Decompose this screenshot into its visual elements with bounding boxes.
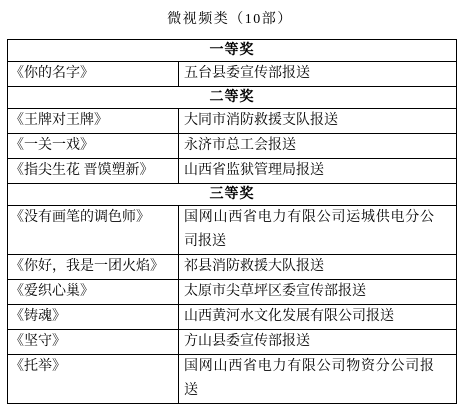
submitter-cell: 山西省监狱管理局报送 (179, 159, 457, 184)
tier-header-row: 二等奖 (8, 87, 457, 109)
work-title-cell: 《一关一戏》 (8, 134, 179, 159)
work-title-cell: 《你的名字》 (8, 62, 179, 87)
awards-table: 一等奖 《你的名字》 五台县委宣传部报送 二等奖 《王牌对王牌》 大同市消防救援… (7, 39, 457, 404)
submitter-cell: 方山县委宣传部报送 (179, 330, 457, 355)
table-row: 《爱织心巢》 太原市尖草坪区委宣传部报送 (8, 280, 457, 305)
table-row: 《你好，我是一团火焰》 祁县消防救援大队报送 (8, 255, 457, 280)
work-title-cell: 《没有画笔的调色师》 (8, 206, 179, 255)
tier-label-first-prize: 一等奖 (8, 40, 457, 62)
table-row: 《指尖生花 晋馍塑新》 山西省监狱管理局报送 (8, 159, 457, 184)
work-title-cell: 《铸魂》 (8, 305, 179, 330)
table-row: 《铸魂》 山西黄河水文化发展有限公司报送 (8, 305, 457, 330)
submitter-cell: 国网山西省电力有限公司物资分公司报送 (179, 355, 457, 404)
work-title-cell: 《爱织心巢》 (8, 280, 179, 305)
submitter-cell: 五台县委宣传部报送 (179, 62, 457, 87)
table-row: 《坚守》 方山县委宣传部报送 (8, 330, 457, 355)
table-row: 《托举》 国网山西省电力有限公司物资分公司报送 (8, 355, 457, 404)
work-title-cell: 《托举》 (8, 355, 179, 404)
tier-label-second-prize: 二等奖 (8, 87, 457, 109)
table-row: 《王牌对王牌》 大同市消防救援支队报送 (8, 109, 457, 134)
work-title-cell: 《指尖生花 晋馍塑新》 (8, 159, 179, 184)
table-row: 《一关一戏》 永济市总工会报送 (8, 134, 457, 159)
page-title: 微视频类（10部） (0, 0, 460, 30)
submitter-cell: 祁县消防救援大队报送 (179, 255, 457, 280)
work-title-cell: 《坚守》 (8, 330, 179, 355)
tier-label-third-prize: 三等奖 (8, 184, 457, 206)
submitter-cell: 永济市总工会报送 (179, 134, 457, 159)
tier-header-row: 一等奖 (8, 40, 457, 62)
table-row: 《没有画笔的调色师》 国网山西省电力有限公司运城供电分公司报送 (8, 206, 457, 255)
submitter-cell: 国网山西省电力有限公司运城供电分公司报送 (179, 206, 457, 255)
submitter-cell: 山西黄河水文化发展有限公司报送 (179, 305, 457, 330)
work-title-cell: 《王牌对王牌》 (8, 109, 179, 134)
tier-header-row: 三等奖 (8, 184, 457, 206)
table-row: 《你的名字》 五台县委宣传部报送 (8, 62, 457, 87)
submitter-cell: 大同市消防救援支队报送 (179, 109, 457, 134)
submitter-cell: 太原市尖草坪区委宣传部报送 (179, 280, 457, 305)
work-title-cell: 《你好，我是一团火焰》 (8, 255, 179, 280)
